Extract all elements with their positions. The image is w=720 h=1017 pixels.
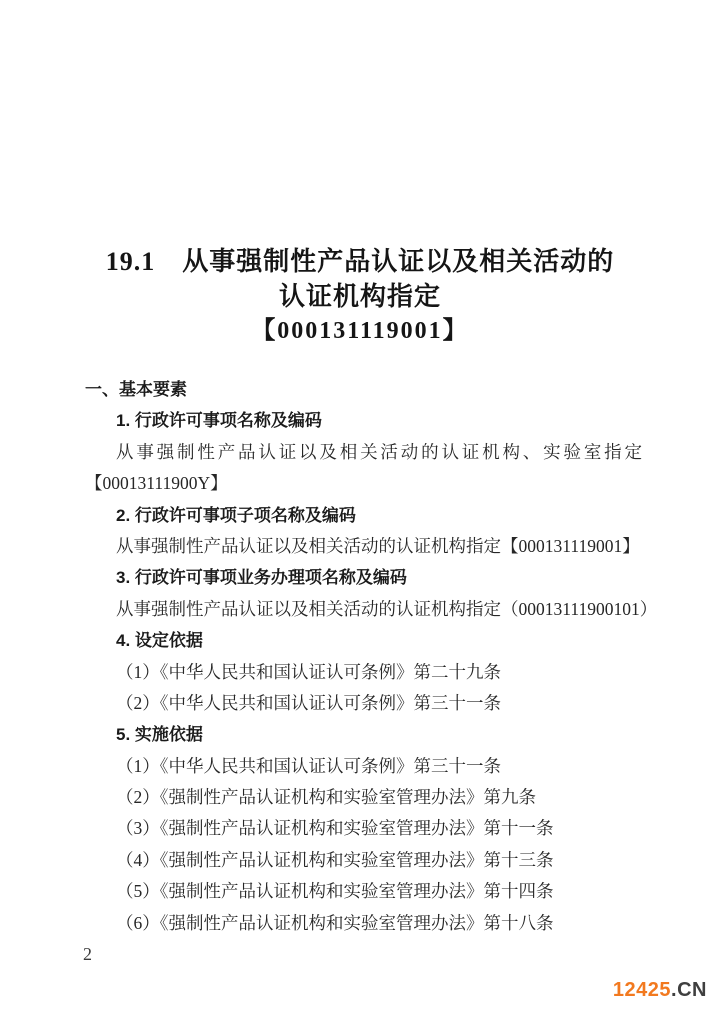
section-heading-basic-elements: 一、基本要素 bbox=[85, 374, 642, 405]
document-page: 19.1 从事强制性产品认证以及相关活动的 认证机构指定 【0001311190… bbox=[0, 0, 720, 1017]
item-2-body: 从事强制性产品认证以及相关活动的认证机构指定【000131119001】 bbox=[85, 531, 642, 562]
item-heading-5: 5. 实施依据 bbox=[85, 719, 642, 750]
title-line-2: 认证机构指定 bbox=[0, 279, 720, 314]
item-5-basis-4: （4）《强制性产品认证机构和实验室管理办法》第十三条 bbox=[85, 845, 642, 876]
item-heading-1: 1. 行政许可事项名称及编码 bbox=[85, 405, 642, 436]
item-5-basis-3: （3）《强制性产品认证机构和实验室管理办法》第十一条 bbox=[85, 813, 642, 844]
item-3-body: 从事强制性产品认证以及相关活动的认证机构指定（00013111900101） bbox=[85, 594, 642, 625]
page-number: 2 bbox=[83, 942, 92, 966]
watermark-brand: 12425 bbox=[613, 979, 671, 1001]
title-line-1: 19.1 从事强制性产品认证以及相关活动的 bbox=[0, 244, 720, 279]
item-heading-4: 4. 设定依据 bbox=[85, 625, 642, 656]
item-4-basis-1: （1）《中华人民共和国认证认可条例》第二十九条 bbox=[85, 657, 642, 688]
item-5-basis-6: （6）《强制性产品认证机构和实验室管理办法》第十八条 bbox=[85, 908, 642, 939]
item-heading-3: 3. 行政许可事项业务办理项名称及编码 bbox=[85, 562, 642, 593]
item-5-basis-5: （5）《强制性产品认证机构和实验室管理办法》第十四条 bbox=[85, 876, 642, 907]
item-1-body: 从事强制性产品认证以及相关活动的认证机构、实验室指定 bbox=[85, 437, 642, 468]
document-body: 一、基本要素 1. 行政许可事项名称及编码 从事强制性产品认证以及相关活动的认证… bbox=[85, 374, 642, 939]
item-4-basis-2: （2）《中华人民共和国认证认可条例》第三十一条 bbox=[85, 688, 642, 719]
item-1-code: 【00013111900Y】 bbox=[85, 468, 642, 499]
watermark-suffix: .CN bbox=[671, 979, 707, 1001]
item-5-basis-2: （2）《强制性产品认证机构和实验室管理办法》第九条 bbox=[85, 782, 642, 813]
item-5-basis-1: （1）《中华人民共和国认证认可条例》第三十一条 bbox=[85, 751, 642, 782]
item-heading-2: 2. 行政许可事项子项名称及编码 bbox=[85, 500, 642, 531]
title-permit-code: 【000131119001】 bbox=[0, 314, 720, 348]
document-title-block: 19.1 从事强制性产品认证以及相关活动的 认证机构指定 【0001311190… bbox=[0, 244, 720, 348]
site-watermark: 12425.CN bbox=[613, 978, 707, 1002]
